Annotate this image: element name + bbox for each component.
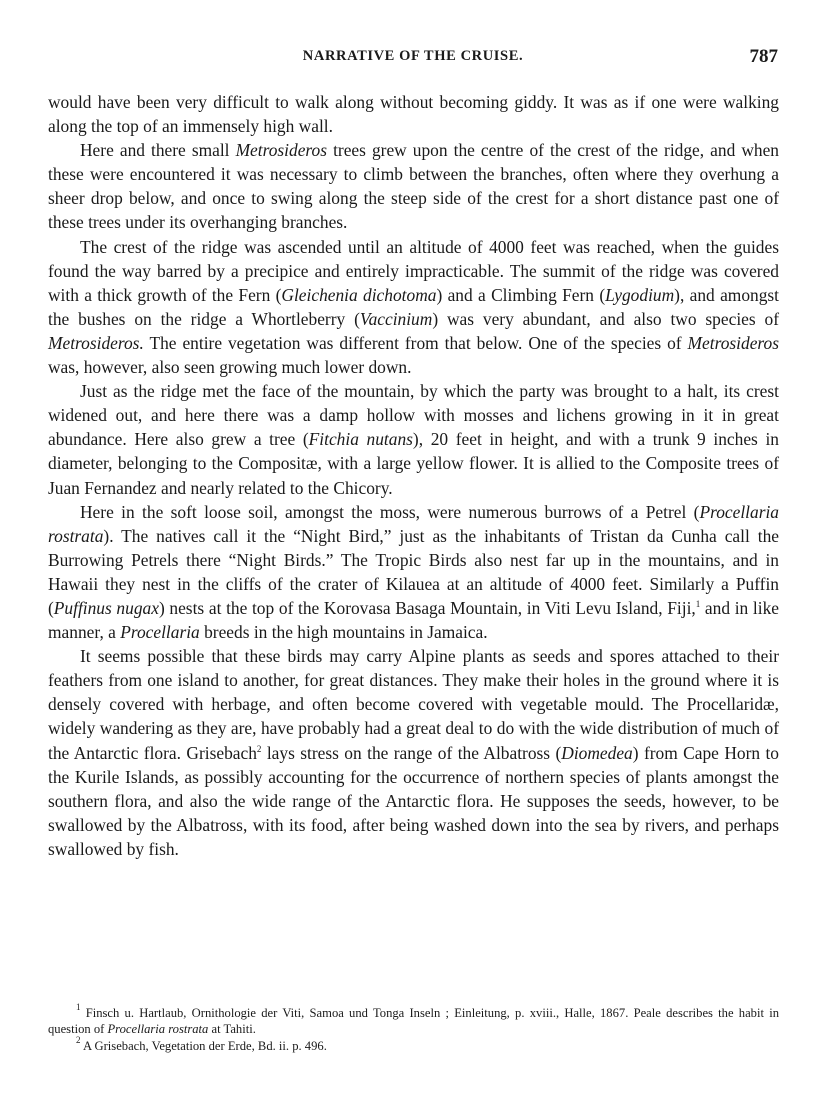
- body-text: would have been very difficult to walk a…: [48, 90, 779, 861]
- italic-term: Metrosideros: [236, 140, 327, 160]
- text-run: breeds in the high mountains in Jamaica.: [200, 622, 488, 642]
- text-run: Here in the soft loose soil, amongst the…: [80, 502, 699, 522]
- italic-term: Metrosideros.: [48, 333, 144, 353]
- text-run: The entire vegetation was different from…: [144, 333, 688, 353]
- footnote: 2 A Grisebach, Vegetation der Erde, Bd. …: [48, 1038, 779, 1054]
- footnote: 1 Finsch u. Hartlaub, Ornithologie der V…: [48, 1005, 779, 1038]
- italic-term: Diomedea: [561, 743, 632, 763]
- paragraph: would have been very difficult to walk a…: [48, 90, 779, 138]
- running-title: NARRATIVE OF THE CRUISE.: [48, 48, 778, 65]
- italic-term: Metrosideros: [688, 333, 779, 353]
- text-run: lays stress on the range of the Albatros…: [261, 743, 561, 763]
- italic-term: Gleichenia dichotoma: [281, 285, 436, 305]
- footnotes: 1 Finsch u. Hartlaub, Ornithologie der V…: [48, 1005, 779, 1054]
- text-run: at Tahiti.: [208, 1022, 256, 1036]
- text-run: A Grisebach, Vegetation der Erde, Bd. ii…: [81, 1039, 327, 1053]
- paragraph: The crest of the ridge was ascended unti…: [48, 235, 779, 380]
- text-run: ) and a Climbing Fern (: [436, 285, 605, 305]
- paragraph: Just as the ridge met the face of the mo…: [48, 379, 779, 499]
- text-run: was, however, also seen growing much low…: [48, 357, 411, 377]
- text-run: Here and there small: [80, 140, 236, 160]
- text-run: would have been very difficult to walk a…: [48, 92, 779, 136]
- italic-term: Lygodium: [605, 285, 674, 305]
- italic-term: Vaccinium: [360, 309, 432, 329]
- italic-term: Fitchia nutans: [309, 429, 413, 449]
- paragraph: Here and there small Metrosideros trees …: [48, 138, 779, 234]
- italic-term: Procellaria: [120, 622, 200, 642]
- running-head: NARRATIVE OF THE CRUISE. 787: [48, 46, 778, 70]
- italic-term: Procellaria rostrata: [107, 1022, 208, 1036]
- page-number: 787: [750, 46, 779, 68]
- text-run: ) nests at the top of the Korovasa Basag…: [159, 598, 696, 618]
- italic-term: Puffinus nugax: [54, 598, 159, 618]
- book-page: NARRATIVE OF THE CRUISE. 787 would have …: [0, 0, 825, 1100]
- text-run: ) was very abundant, and also two specie…: [432, 309, 779, 329]
- paragraph: It seems possible that these birds may c…: [48, 644, 779, 861]
- paragraph: Here in the soft loose soil, amongst the…: [48, 500, 779, 645]
